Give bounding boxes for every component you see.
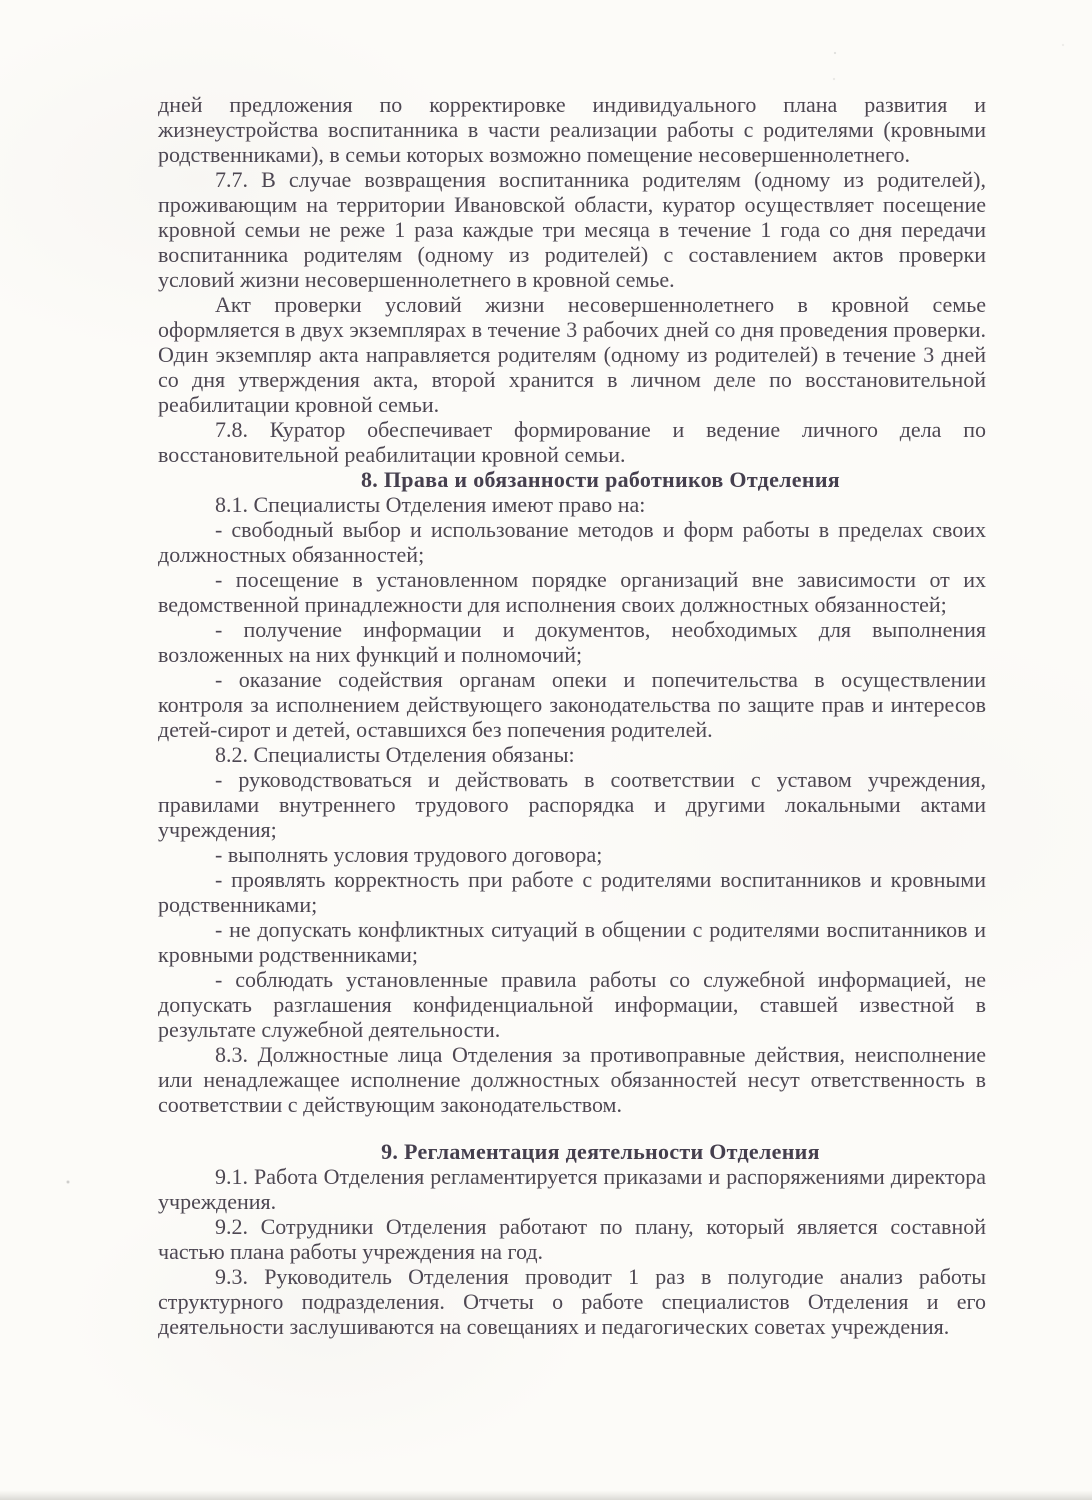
paragraph: 9.1. Работа Отделения регламентируется п…: [158, 1164, 986, 1214]
paragraph: 7.8. Куратор обеспечивает формирование и…: [158, 417, 986, 467]
paragraph: - получение информации и документов, нео…: [158, 617, 986, 667]
paragraph: 9.2. Сотрудники Отделения работают по пл…: [158, 1214, 986, 1264]
scanned-document-page: дней предложения по корректировке индиви…: [0, 0, 1092, 1500]
paragraph: - оказание содействия органам опеки и по…: [158, 667, 986, 742]
paragraph: дней предложения по корректировке индиви…: [158, 92, 986, 167]
paragraph: 8.3. Должностные лица Отделения за проти…: [158, 1042, 986, 1117]
paragraph: 9.3. Руководитель Отделения проводит 1 р…: [158, 1264, 986, 1339]
paragraph: 8.1. Специалисты Отделения имеют право н…: [158, 492, 986, 517]
paragraph: - посещение в установленном порядке орга…: [158, 567, 986, 617]
section-heading-8: 8. Права и обязанности работников Отделе…: [158, 467, 986, 492]
section-heading-9: 9. Регламентация деятельности Отделения: [158, 1139, 986, 1164]
paragraph: - выполнять условия трудового договора;: [158, 842, 986, 867]
paragraph: 7.7. В случае возвращения воспитанника р…: [158, 167, 986, 292]
document-text-block: дней предложения по корректировке индиви…: [158, 92, 986, 1339]
paragraph: 8.2. Специалисты Отделения обязаны:: [158, 742, 986, 767]
paragraph: Акт проверки условий жизни несовершеннол…: [158, 292, 986, 417]
paragraph: - свободный выбор и использование методо…: [158, 517, 986, 567]
paragraph: - руководствоваться и действовать в соот…: [158, 767, 986, 842]
paragraph: - не допускать конфликтных ситуаций в об…: [158, 917, 986, 967]
paragraph: - соблюдать установленные правила работы…: [158, 967, 986, 1042]
paragraph: - проявлять корректность при работе с ро…: [158, 867, 986, 917]
